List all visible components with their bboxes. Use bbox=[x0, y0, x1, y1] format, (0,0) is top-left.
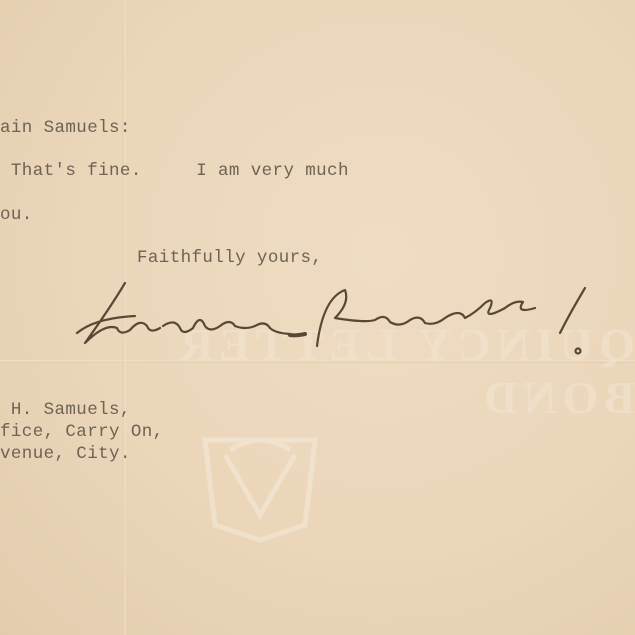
address-line-3: venue, City. bbox=[0, 444, 131, 464]
body-line-2: ou. bbox=[0, 205, 33, 225]
address-line-1: H. Samuels, bbox=[0, 400, 131, 420]
closing: Faithfully yours, bbox=[137, 248, 322, 268]
address-line-2: fice, Carry On, bbox=[0, 422, 164, 442]
letter-paper: QUINCY LETTER BOND ain Samuels: That's f… bbox=[0, 0, 635, 635]
watermark-emblem-icon bbox=[195, 425, 325, 545]
salutation: ain Samuels: bbox=[0, 118, 131, 138]
body-line-1: That's fine. I am very much bbox=[0, 161, 349, 181]
signature bbox=[65, 278, 595, 368]
